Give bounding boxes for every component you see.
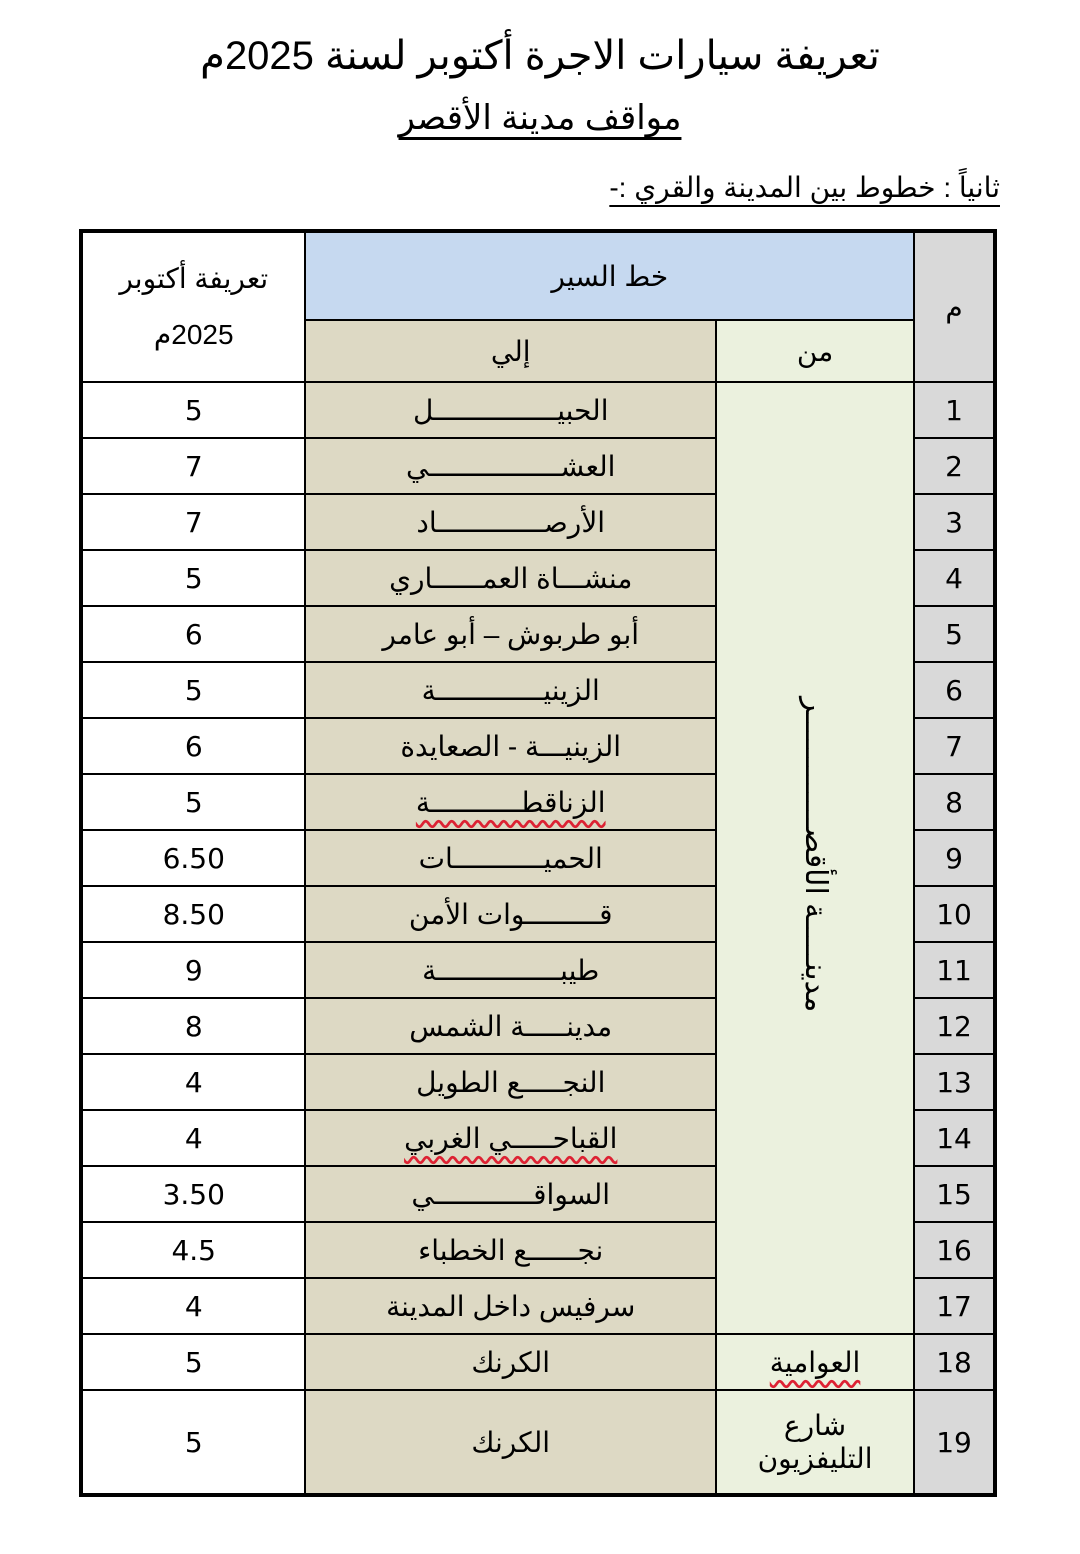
table-row: 1 مدينـــــة الأقصـــــــــــــر الحبيــ… [81, 382, 995, 438]
header-from: من [716, 320, 914, 382]
row-num: 12 [914, 998, 995, 1054]
row-to-text: القباحـــــي الغربي [404, 1123, 617, 1154]
row-num: 5 [914, 606, 995, 662]
table-row: 19 شارع التليفزيون الكرنك 5 [81, 1390, 995, 1495]
row-to: سرفيس داخل المدينة [305, 1278, 715, 1334]
row-to: الكرنك [305, 1390, 715, 1495]
row-fare: 6 [81, 606, 305, 662]
row-fare: 7 [81, 494, 305, 550]
row-to: النجـــــع الطويل [305, 1054, 715, 1110]
row-num: 8 [914, 774, 995, 830]
row-to: مدينـــــة الشمس [305, 998, 715, 1054]
table-row: 18 العوامية الكرنك 5 [81, 1334, 995, 1390]
row-fare: 8.50 [81, 886, 305, 942]
header-fare: تعريفة أكتوبر 2025م [81, 231, 305, 382]
row-num: 1 [914, 382, 995, 438]
row-fare: 5 [81, 550, 305, 606]
row-num: 13 [914, 1054, 995, 1110]
header-fare-line2: 2025م [83, 307, 304, 363]
row-to: القباحـــــي الغربي [305, 1110, 715, 1166]
from-luxor-city: مدينـــــة الأقصـــــــــــــر [716, 382, 914, 1334]
row-from: العوامية [716, 1334, 914, 1390]
row-fare: 5 [81, 774, 305, 830]
page-title: تعريفة سيارات الاجرة أكتوبر لسنة 2025م [0, 30, 1080, 82]
row-fare: 6 [81, 718, 305, 774]
row-num: 16 [914, 1222, 995, 1278]
from-luxor-city-label: مدينـــــة الأقصـــــــــــــر [800, 697, 830, 1012]
row-to: أبو طربوش – أبو عامر [305, 606, 715, 662]
row-fare: 9 [81, 942, 305, 998]
row-from-line1: شارع [717, 1409, 913, 1442]
row-num: 15 [914, 1166, 995, 1222]
row-num: 17 [914, 1278, 995, 1334]
row-num: 7 [914, 718, 995, 774]
row-num: 3 [914, 494, 995, 550]
row-to: نجــــــع الخطباء [305, 1222, 715, 1278]
header-fare-line1: تعريفة أكتوبر [83, 251, 304, 307]
row-from: شارع التليفزيون [716, 1390, 914, 1495]
row-num: 18 [914, 1334, 995, 1390]
row-num: 11 [914, 942, 995, 998]
section-heading: ثانياً : خطوط بين المدينة والقري :- [609, 168, 1000, 208]
row-fare: 4.5 [81, 1222, 305, 1278]
row-fare: 5 [81, 662, 305, 718]
row-to: الزناقطـــــــــــة [305, 774, 715, 830]
row-to: الزينيـــة - الصعايدة [305, 718, 715, 774]
row-to: العشــــــــــــــــي [305, 438, 715, 494]
subtitle-text: مواقف مدينة الأقصر [399, 99, 682, 137]
section-heading-text: ثانياً : خطوط بين المدينة والقري :- [609, 172, 1000, 203]
row-num: 9 [914, 830, 995, 886]
row-num: 6 [914, 662, 995, 718]
row-fare: 5 [81, 382, 305, 438]
row-fare: 4 [81, 1054, 305, 1110]
row-fare: 5 [81, 1390, 305, 1495]
row-to: الحبيـــــــــــــــل [305, 382, 715, 438]
row-fare: 4 [81, 1278, 305, 1334]
row-num: 4 [914, 550, 995, 606]
row-to: قـــــــــوات الأمن [305, 886, 715, 942]
page-subtitle: مواقف مدينة الأقصر [0, 96, 1080, 140]
header-route: خط السير [305, 231, 914, 320]
row-to: طيبـــــــــــــــة [305, 942, 715, 998]
row-fare: 5 [81, 1334, 305, 1390]
row-to: الحميـــــــــــات [305, 830, 715, 886]
header-to: إلي [305, 320, 715, 382]
row-to: الزينيـــــــــــــة [305, 662, 715, 718]
row-from-line2: التليفزيون [717, 1442, 913, 1475]
row-to: السواقــــــــــــي [305, 1166, 715, 1222]
row-fare: 8 [81, 998, 305, 1054]
header-num: م [914, 231, 995, 382]
row-to: الأرصـــــــــــــاد [305, 494, 715, 550]
row-num: 14 [914, 1110, 995, 1166]
row-num: 10 [914, 886, 995, 942]
row-to: منشـــاة العمــــــاري [305, 550, 715, 606]
row-fare: 3.50 [81, 1166, 305, 1222]
row-to-text: الزناقطـــــــــــة [416, 787, 606, 818]
row-fare: 4 [81, 1110, 305, 1166]
row-from-text: العوامية [770, 1347, 861, 1378]
row-fare: 7 [81, 438, 305, 494]
fares-table: م خط السير تعريفة أكتوبر 2025م من إلي 1 … [79, 229, 997, 1497]
row-num: 19 [914, 1390, 995, 1495]
row-to: الكرنك [305, 1334, 715, 1390]
row-fare: 6.50 [81, 830, 305, 886]
row-num: 2 [914, 438, 995, 494]
